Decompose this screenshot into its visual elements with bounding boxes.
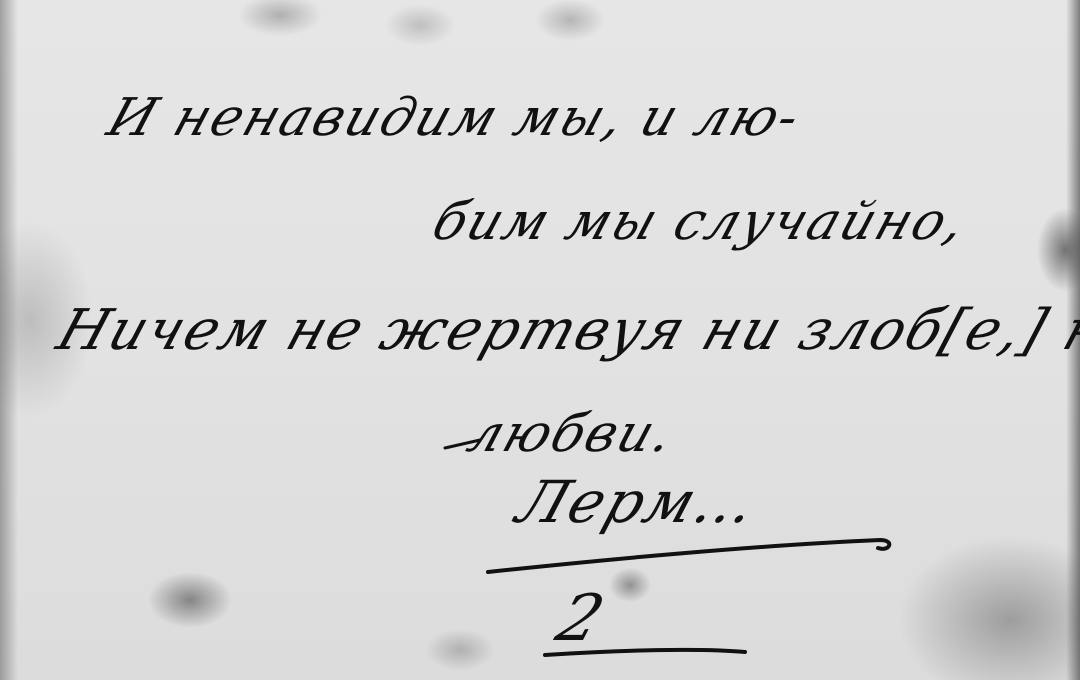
- signature-underline-flourish: [0, 0, 1080, 680]
- manuscript-page: И ненавидим мы, и лю- бим мы случайно, Н…: [0, 0, 1080, 680]
